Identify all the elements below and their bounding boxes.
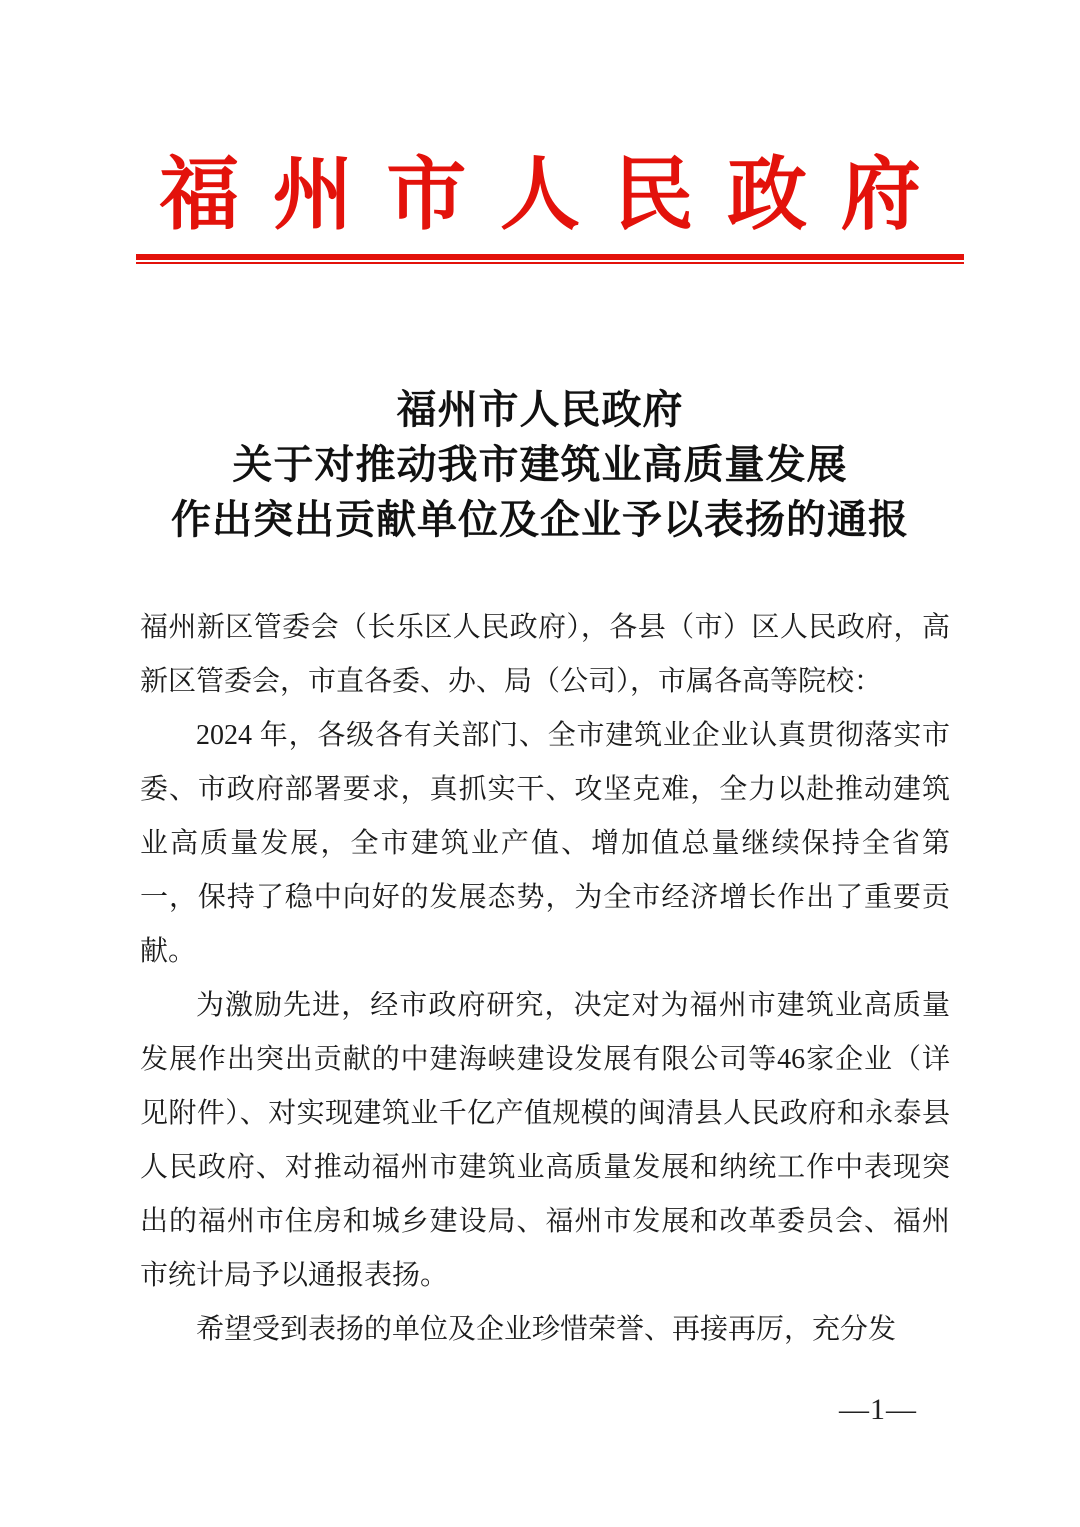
document-title-line-2: 关于对推动我市建筑业高质量发展 — [0, 437, 1080, 492]
document-title: 福州市人民政府 关于对推动我市建筑业高质量发展 作出突出贡献单位及企业予以表扬的… — [0, 382, 1080, 547]
body-paragraph-1: 2024 年，各级各有关部门、全市建筑业企业认真贯彻落实市委、市政府部署要求，真… — [140, 709, 950, 979]
masthead-divider-thin-line — [136, 262, 964, 264]
masthead-divider-thick-line — [136, 254, 964, 260]
document-body: 福州新区管委会（长乐区人民政府），各县（市）区人民政府，高新区管委会，市直各委、… — [140, 601, 950, 1357]
page-number: —1— — [839, 1393, 917, 1427]
salutation-paragraph: 福州新区管委会（长乐区人民政府），各县（市）区人民政府，高新区管委会，市直各委、… — [140, 601, 950, 709]
body-paragraph-3: 希望受到表扬的单位及企业珍惜荣誉、再接再厉，充分发 — [140, 1303, 950, 1357]
masthead-title: 福州市人民政府 — [0, 0, 1080, 240]
document-title-line-1: 福州市人民政府 — [0, 382, 1080, 437]
document-page: 福州市人民政府 福州市人民政府 关于对推动我市建筑业高质量发展 作出突出贡献单位… — [0, 0, 1080, 1527]
masthead-divider — [136, 254, 964, 264]
document-title-line-3: 作出突出贡献单位及企业予以表扬的通报 — [0, 492, 1080, 547]
body-paragraph-2: 为激励先进，经市政府研究，决定对为福州市建筑业高质量发展作出突出贡献的中建海峡建… — [140, 979, 950, 1303]
